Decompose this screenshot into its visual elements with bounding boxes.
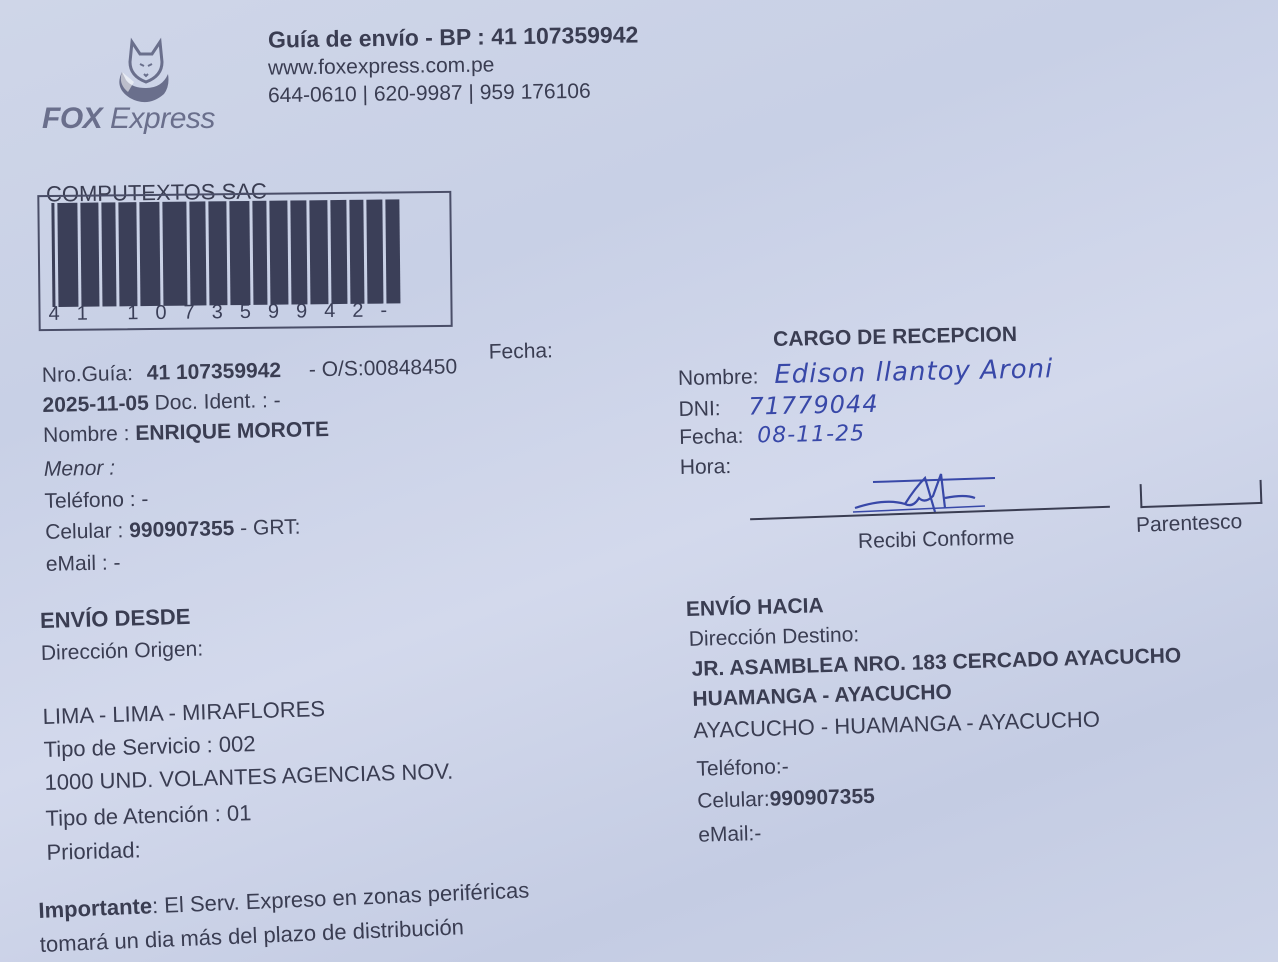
- guide-number-value: 41 107359942: [147, 359, 282, 385]
- notice-text: : El Serv. Expreso en zonas periféricas: [152, 877, 530, 918]
- brand-bold: FOX: [42, 102, 102, 135]
- barcode-digits: 41 107359942-: [48, 299, 404, 326]
- mobile-row: Celular : 990907355 - GRT:: [45, 516, 301, 545]
- cargo-dni-row: DNI: 71779044: [678, 390, 879, 422]
- barcode-bar: [118, 202, 137, 306]
- barcode-bar: [57, 203, 78, 307]
- recipient-name-label: Nombre :: [43, 422, 130, 447]
- service-type: Tipo de Servicio : 002: [43, 731, 256, 763]
- barcode-bar: [290, 200, 307, 304]
- guide-number-row: Nro.Guía: 41 107359942 - O/S:00848450 Fe…: [42, 353, 554, 388]
- relationship-label: Parentesco: [1136, 510, 1243, 538]
- destination-mobile-value: 990907355: [769, 785, 875, 811]
- destination-address-line1: JR. ASAMBLEA NRO. 183 CERCADO AYACUCHO: [691, 644, 1181, 682]
- barcode-bar: [189, 201, 206, 305]
- phone-label: Teléfono : -: [44, 488, 148, 514]
- cargo-name-row: Nombre: Edison llantoy Aroni: [678, 354, 1054, 392]
- barcode-bar: [349, 200, 364, 304]
- website: www.foxexpress.com.pe: [268, 53, 495, 80]
- date-value: 2025-11-05: [42, 392, 149, 417]
- cargo-dni-handwritten: 71779044: [748, 390, 879, 421]
- service-order: - O/S:00848450: [309, 355, 458, 381]
- cargo-date-row: Fecha: 08-11-25: [679, 421, 865, 450]
- destination-email: eMail:-: [698, 822, 762, 848]
- barcode-bar: [366, 200, 383, 304]
- recipient-name-row: Nombre : ENRIQUE MOROTE: [43, 418, 329, 448]
- barcode-bar: [80, 203, 99, 307]
- destination-region: AYACUCHO - HUAMANGA - AYACUCHO: [693, 706, 1100, 743]
- recipient-name-value: ENRIQUE MOROTE: [135, 418, 329, 445]
- barcode-bar: [252, 201, 267, 305]
- barcode-bar: [101, 202, 116, 306]
- signature-label: Recibi Conforme: [858, 526, 1015, 554]
- destination-mobile-label: Celular:: [697, 788, 770, 813]
- cargo-title: CARGO DE RECEPCION: [773, 323, 1017, 352]
- destination-address-label: Dirección Destino:: [689, 623, 860, 652]
- cargo-date-label: Fecha:: [679, 425, 744, 449]
- date-label: Fecha:: [488, 339, 553, 363]
- notice-label: Importante: [38, 893, 153, 923]
- priority-label: Prioridad:: [46, 837, 141, 866]
- mobile-value: 990907355: [129, 517, 235, 542]
- barcode-bar: [208, 201, 227, 305]
- barcode-bar: [162, 202, 187, 306]
- barcode-bar: [51, 203, 55, 307]
- fox-head-icon: [104, 36, 188, 108]
- date-doc-row: 2025-11-05 Doc. Ident. : -: [42, 389, 281, 418]
- cargo-date-handwritten: 08-11-25: [757, 421, 865, 448]
- origin-heading: ENVÍO DESDE: [40, 604, 191, 634]
- guide-number-label: Nro.Guía:: [42, 362, 134, 387]
- cargo-name-label: Nombre:: [678, 365, 759, 390]
- fox-express-logo: FOX Express: [42, 36, 252, 136]
- package-content: 1000 UND. VOLANTES AGENCIAS NOV.: [44, 759, 453, 796]
- minor-label: Menor :: [44, 456, 116, 481]
- cargo-dni-label: DNI:: [678, 397, 720, 421]
- barcode-bar: [269, 201, 288, 305]
- attention-type: Tipo de Atención : 01: [45, 800, 252, 832]
- barcode-bar: [229, 201, 250, 305]
- brand-name: FOX Express: [42, 102, 215, 136]
- destination-address-line2: HUAMANGA - AYACUCHO: [692, 681, 952, 712]
- barcode-bar: [139, 202, 160, 306]
- mobile-label: Celular :: [45, 519, 124, 544]
- phone-numbers: 644-0610 | 620-9987 | 959 176106: [268, 80, 591, 109]
- barcode-bar: [309, 200, 328, 304]
- grt-label: - GRT:: [240, 516, 301, 540]
- relationship-box: [1140, 480, 1263, 508]
- shipping-label: FOX Express Guía de envío - BP : 41 1073…: [0, 0, 1278, 962]
- guide-title: Guía de envío - BP : 41 107359942: [268, 21, 639, 53]
- destination-phone: Teléfono:-: [696, 755, 789, 782]
- email-label: eMail : -: [46, 551, 121, 577]
- origin-address-label: Dirección Origen:: [41, 637, 204, 666]
- cargo-time-label: Hora:: [680, 455, 732, 480]
- destination-heading: ENVÍO HACIA: [686, 594, 824, 622]
- brand-light: Express: [110, 102, 215, 135]
- barcode-bar: [385, 199, 400, 303]
- barcode: 41 107359942-: [37, 191, 452, 331]
- barcode-bars: [51, 199, 434, 307]
- destination-mobile-row: Celular:990907355: [697, 785, 875, 814]
- barcode-bar: [330, 200, 347, 304]
- cargo-name-handwritten: Edison llantoy Aroni: [774, 354, 1054, 390]
- origin-location: LIMA - LIMA - MIRAFLORES: [42, 696, 325, 730]
- doc-ident: Doc. Ident. : -: [154, 389, 281, 415]
